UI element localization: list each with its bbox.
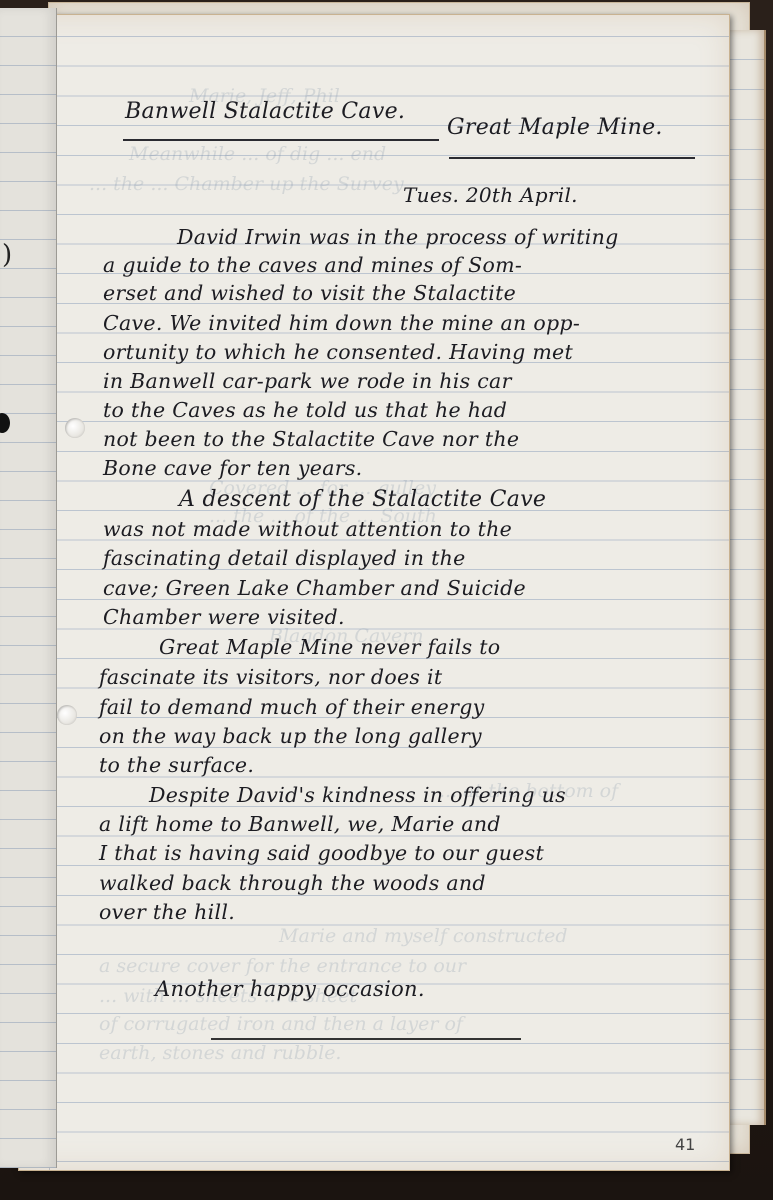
left-page-mark: ) xyxy=(2,240,12,270)
text-line: to the Caves as he told us that he had xyxy=(103,398,507,422)
text-line: Chamber were visited. xyxy=(103,605,345,629)
text-line: a lift home to Banwell, we, Marie and xyxy=(99,812,501,836)
title-right: Great Maple Mine. xyxy=(447,115,663,140)
text-line: cave; Green Lake Chamber and Suicide xyxy=(103,576,526,600)
text-line: A descent of the Stalactite Cave xyxy=(179,487,546,512)
text-line: Great Maple Mine never fails to xyxy=(159,635,500,659)
title-underline xyxy=(449,157,695,159)
text-line: fascinating detail displayed in the xyxy=(103,546,466,570)
punch-hole xyxy=(0,413,10,433)
text-line: Despite David's kindness in offering us xyxy=(149,783,566,807)
punch-hole xyxy=(57,705,77,725)
closing-line: Another happy occasion. xyxy=(155,977,425,1001)
ghost-text: of corrugated iron and then a layer of xyxy=(99,1013,463,1035)
end-rule xyxy=(211,1038,521,1040)
text-line: was not made without attention to the xyxy=(103,517,512,541)
ghost-text: Marie and myself constructed xyxy=(279,925,568,947)
facing-page-strip: ) xyxy=(0,8,57,1168)
text-line: David Irwin was in the process of writin… xyxy=(177,225,619,249)
text-line: on the way back up the long gallery xyxy=(99,724,482,748)
text-line: walked back through the woods and xyxy=(99,871,486,895)
ghost-text: ... the ... Chamber up the Survey xyxy=(89,173,404,195)
title-left: Banwell Stalactite Cave. xyxy=(125,99,405,124)
entry-date: Tues. 20th April. xyxy=(403,183,578,207)
title-underline xyxy=(123,139,439,141)
logbook-page: Marie, Jeff, Phil Meanwhile ... of dig .… xyxy=(18,14,730,1171)
ghost-text: earth, stones and rubble. xyxy=(99,1042,341,1064)
text-line: over the hill. xyxy=(99,900,235,924)
text-line: in Banwell car-park we rode in his car xyxy=(103,369,512,393)
text-line: not been to the Stalactite Cave nor the xyxy=(103,427,519,451)
punch-hole xyxy=(65,418,85,438)
text-line: to the surface. xyxy=(99,753,254,777)
ghost-text: Meanwhile ... of dig ... end xyxy=(129,143,386,165)
text-line: Bone cave for ten years. xyxy=(103,456,363,480)
text-line: erset and wished to visit the Stalactite xyxy=(103,281,516,305)
photo-scene: e Marie, Jeff, Phil Meanwhile ... of dig… xyxy=(0,0,773,1200)
ghost-text: a secure cover for the entrance to our xyxy=(99,955,466,977)
page-number: 41 xyxy=(675,1135,695,1154)
text-line: I that is having said goodbye to our gue… xyxy=(99,841,544,865)
text-line: fail to demand much of their energy xyxy=(99,695,485,719)
text-line: fascinate its visitors, nor does it xyxy=(99,665,442,689)
text-line: Cave. We invited him down the mine an op… xyxy=(103,311,580,335)
text-line: a guide to the caves and mines of Som- xyxy=(103,253,522,277)
text-line: ortunity to which he consented. Having m… xyxy=(103,340,573,364)
